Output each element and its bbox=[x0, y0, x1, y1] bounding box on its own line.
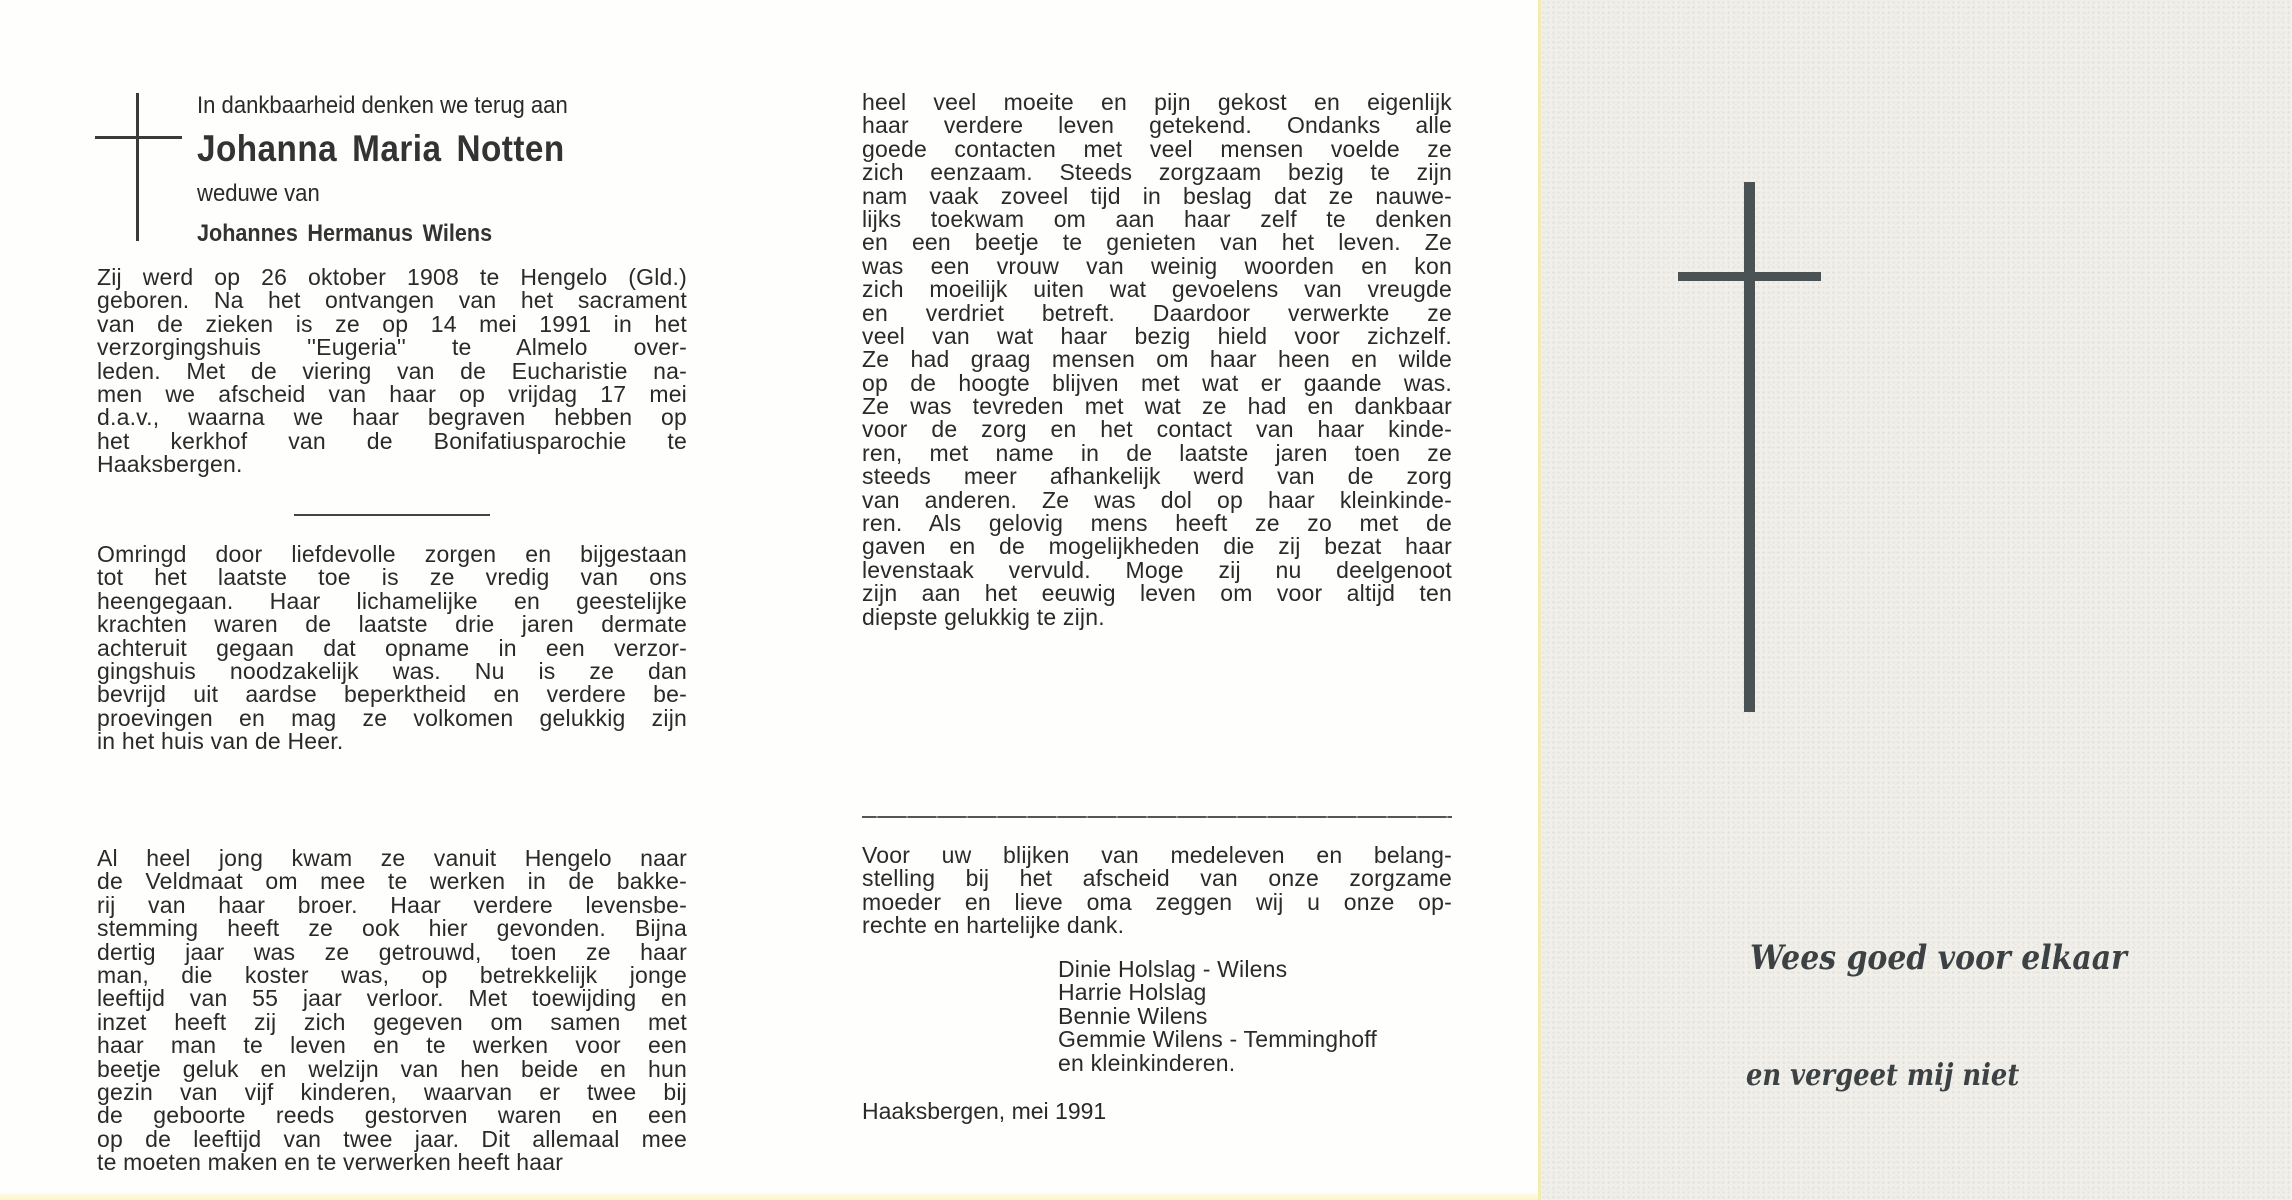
text-line: in het huis van de Heer. bbox=[97, 730, 687, 753]
small-cross-icon-bar bbox=[95, 136, 182, 139]
text-line: leden. Met de viering van de Eucharistie… bbox=[97, 360, 687, 383]
text-line: achteruit gegaan dat opname in een verzo… bbox=[97, 637, 687, 660]
text-line: Omringd door liefdevolle zorgen en bijge… bbox=[97, 543, 687, 566]
text-line: men we afscheid van haar op vrijdag 17 m… bbox=[97, 383, 687, 406]
text-line: zijn aan het eeuwig leven om voor altijd… bbox=[862, 582, 1452, 605]
biography-paragraph: Zij werd op 26 oktober 1908 te Hengelo (… bbox=[97, 266, 687, 477]
text-line: gingshuis noodzakelijk was. Nu is ze dan bbox=[97, 660, 687, 683]
text-line: Ze was tevreden met wat ze had en dankba… bbox=[862, 395, 1452, 418]
text-line: en verdriet betreft. Daardoor verwerkte … bbox=[862, 302, 1452, 325]
text-line: krachten waren de laatste drie jaren der… bbox=[97, 613, 687, 636]
spouse-name: Johannes Hermanus Wilens bbox=[197, 220, 492, 248]
text-line: man, die koster was, op betrekkelijk jon… bbox=[97, 964, 687, 987]
farewell-paragraph: Omringd door liefdevolle zorgen en bijge… bbox=[97, 543, 687, 754]
text-line: Ze had graag mensen om haar heen en wild… bbox=[862, 348, 1452, 371]
text-line: rij van haar broer. Haar verdere levensb… bbox=[97, 894, 687, 917]
life-story-continued-paragraph: heel veel moeite en pijn gekost en eigen… bbox=[862, 91, 1452, 629]
text-line: de Veldmaat om mee te werken in de bakke… bbox=[97, 870, 687, 893]
text-line: zich eenzaam. Steeds zorgzaam bezig te z… bbox=[862, 161, 1452, 184]
text-line: de geboorte reeds gestorven waren en een bbox=[97, 1104, 687, 1127]
text-line: lijks toekwam om aan haar zelf te denken bbox=[862, 208, 1452, 231]
text-line: op de hoogte blijven met wat er gaande w… bbox=[862, 372, 1452, 395]
motto-line-1: Wees goed voor elkaar bbox=[1750, 938, 2127, 978]
text-line: moeder en lieve oma zeggen wij u onze op… bbox=[862, 891, 1452, 914]
text-line: levenstaak vervuld. Moge zij nu deelgeno… bbox=[862, 559, 1452, 582]
text-line: verzorgingshuis ''Eugeria'' te Almelo ov… bbox=[97, 336, 687, 359]
text-line: op de leeftijd van twee jaar. Dit allema… bbox=[97, 1128, 687, 1151]
text-line: veel van wat haar bezig hield voor zichz… bbox=[862, 325, 1452, 348]
signatory: Harrie Holslag bbox=[1058, 981, 1377, 1004]
text-line: heengegaan. Haar lichamelijke en geestel… bbox=[97, 590, 687, 613]
signatory: Dinie Holslag - Wilens bbox=[1058, 958, 1377, 981]
text-line: steeds meer afhankelijk werd van de zorg bbox=[862, 465, 1452, 488]
text-line: nam vaak zoveel tijd in beslag dat ze na… bbox=[862, 185, 1452, 208]
text-line: proevingen en mag ze volkomen gelukkig z… bbox=[97, 707, 687, 730]
text-line: van de zieken is ze op 14 mei 1991 in he… bbox=[97, 313, 687, 336]
text-line: bevrijd uit aardse beperktheid en verder… bbox=[97, 683, 687, 706]
intro-line: In dankbaarheid denken we terug aan bbox=[197, 92, 568, 120]
motto-line-2: en vergeet mij niet bbox=[1746, 1058, 2019, 1093]
signatory: Bennie Wilens bbox=[1058, 1005, 1377, 1028]
text-line: ren. Als gelovig mens heeft ze zo met de bbox=[862, 512, 1452, 535]
text-line: heel veel moeite en pijn gekost en eigen… bbox=[862, 91, 1452, 114]
text-line: d.a.v., waarna we haar begraven hebben o… bbox=[97, 406, 687, 429]
text-line: gezin van vijf kinderen, waarvan er twee… bbox=[97, 1081, 687, 1104]
memorial-card-inner-spread: In dankbaarheid denken we terug aan Joha… bbox=[0, 0, 1538, 1200]
text-line: was een vrouw van weinig woorden en kon bbox=[862, 255, 1452, 278]
deceased-name: Johanna Maria Notten bbox=[197, 128, 565, 170]
text-line: goede contacten met veel mensen voelde z… bbox=[862, 138, 1452, 161]
signatories-list: Dinie Holslag - Wilens Harrie Holslag Be… bbox=[1058, 958, 1377, 1075]
text-line: ren, met name in de laatste jaren toen z… bbox=[862, 442, 1452, 465]
signatory: Gemmie Wilens - Temminghoff bbox=[1058, 1028, 1377, 1051]
large-cross-icon-bar bbox=[1678, 272, 1821, 281]
text-line: stelling bij het afscheid van onze zorgz… bbox=[862, 867, 1452, 890]
text-line: voor de zorg en het contact van haar kin… bbox=[862, 418, 1452, 441]
text-line: diepste gelukkig te zijn. bbox=[862, 606, 1452, 629]
text-line: stemming heeft ze ook hier gevonden. Bij… bbox=[97, 917, 687, 940]
text-line: en een beetje te genieten van het leven.… bbox=[862, 231, 1452, 254]
text-line: inzet heeft zij zich gegeven om samen me… bbox=[97, 1011, 687, 1034]
text-line: zich moeilijk uiten wat gevoelens van vr… bbox=[862, 278, 1452, 301]
text-line: haar verdere leven getekend. Ondanks all… bbox=[862, 114, 1452, 137]
text-line: Al heel jong kwam ze vanuit Hengelo naar bbox=[97, 847, 687, 870]
text-line: tot het laatste toe is ze vredig van ons bbox=[97, 566, 687, 589]
memorial-card-back bbox=[1538, 0, 2292, 1200]
text-line: geboren. Na het ontvangen van het sacram… bbox=[97, 289, 687, 312]
text-line: beetje geluk en welzijn van hen beide en… bbox=[97, 1058, 687, 1081]
text-line: gaven en de mogelijkheden die zij bezat … bbox=[862, 535, 1452, 558]
text-line: van anderen. Ze was dol op haar kleinkin… bbox=[862, 489, 1452, 512]
text-line: te moeten maken en te verwerken heeft ha… bbox=[97, 1151, 687, 1174]
section-divider bbox=[294, 514, 490, 516]
paper-edge bbox=[0, 1193, 1538, 1200]
life-story-paragraph: Al heel jong kwam ze vanuit Hengelo naar… bbox=[97, 847, 687, 1174]
small-cross-icon bbox=[136, 93, 139, 241]
widow-of-label: weduwe van bbox=[197, 180, 320, 208]
text-line: het kerkhof van de Bonifatiusparochie te bbox=[97, 430, 687, 453]
text-line: leeftijd van 55 jaar verloor. Met toewij… bbox=[97, 987, 687, 1010]
place-and-date: Haaksbergen, mei 1991 bbox=[862, 1098, 1106, 1125]
text-line: dertig jaar was ze getrouwd, toen ze haa… bbox=[97, 941, 687, 964]
large-cross-icon bbox=[1744, 182, 1755, 712]
text-line: rechte en hartelijke dank. bbox=[862, 914, 1452, 937]
text-line: Voor uw blijken van medeleven en belang- bbox=[862, 844, 1452, 867]
section-divider bbox=[862, 816, 1452, 818]
signatory: en kleinkinderen. bbox=[1058, 1052, 1377, 1075]
thanks-paragraph: Voor uw blijken van medeleven en belang-… bbox=[862, 844, 1452, 938]
text-line: Zij werd op 26 oktober 1908 te Hengelo (… bbox=[97, 266, 687, 289]
text-line: Haaksbergen. bbox=[97, 453, 687, 476]
text-line: haar man te leven en te werken voor een bbox=[97, 1034, 687, 1057]
